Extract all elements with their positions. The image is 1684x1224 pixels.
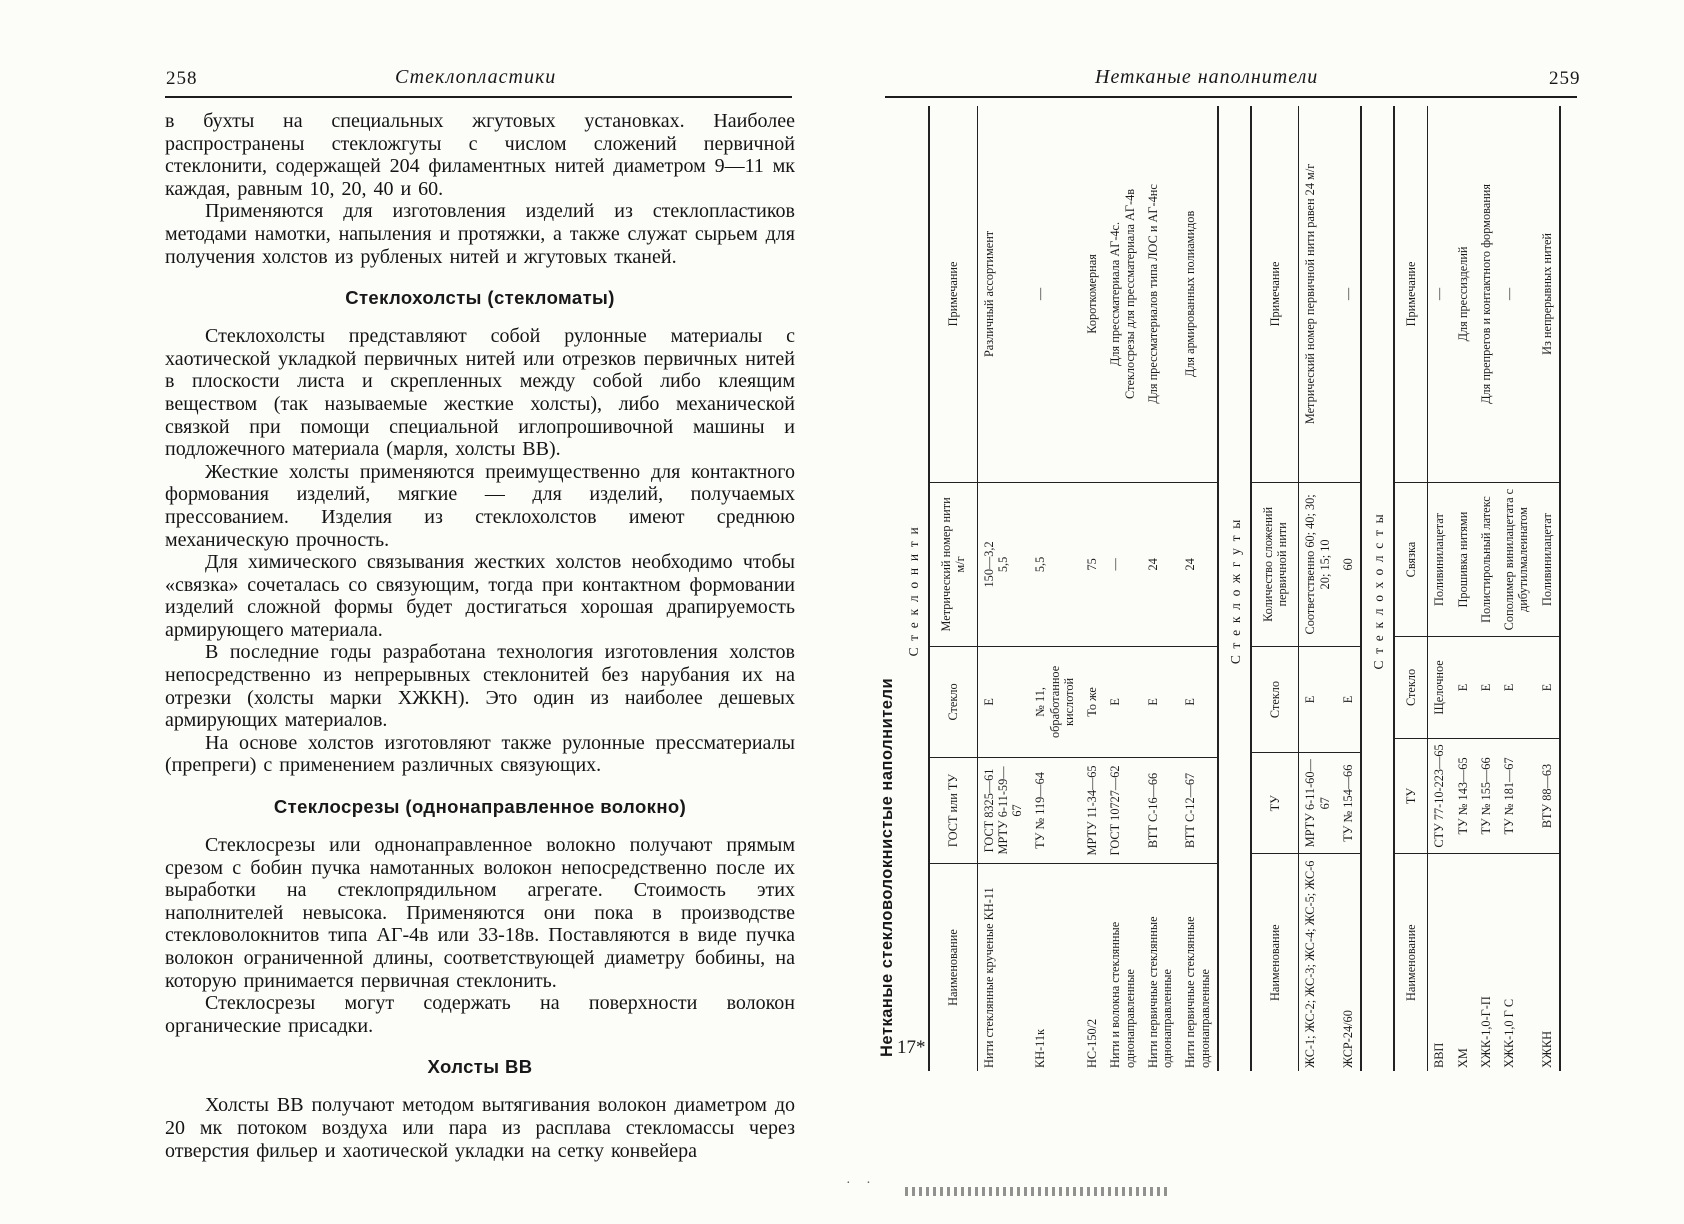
table-steklozhguty: Наименование ТУ Стекло Количество сложен…: [1250, 106, 1362, 1071]
table-row: ЖС-1; ЖС-2; ЖС-3; ЖС-4; ЖС-5; ЖС-6 МРТУ …: [1299, 106, 1337, 1071]
table-cell: ВВП: [1428, 854, 1452, 1071]
paragraph: В последние годы разработана технология …: [165, 641, 795, 731]
table-cell: ЖС-1; ЖС-2; ЖС-3; ЖС-4; ЖС-5; ЖС-6: [1299, 854, 1337, 1071]
table-cell: ТУ № 143—65: [1452, 738, 1475, 854]
table-cell: Для препрегов и контактного формования: [1475, 106, 1498, 482]
table-cell: СТУ 77-10-223—65: [1428, 738, 1452, 854]
table-cell: ХЖК-1,0-Г-П: [1475, 854, 1498, 1071]
table-row: ВВП СТУ 77-10-223—65 Щелочное Поливинила…: [1428, 106, 1452, 1071]
table-cell: —: [1337, 106, 1361, 482]
table-cell: Поливинилацетат: [1428, 482, 1452, 636]
right-running-title: Нетканые наполнители: [1095, 66, 1318, 89]
table-row: Нити первичные стеклянные однонаправленн…: [1179, 106, 1218, 1071]
table-cell: Нити первичные стеклянные однонаправленн…: [1142, 864, 1180, 1071]
table-cell: ЖСР-24/60: [1337, 854, 1361, 1071]
table-cell: Полистирольный латекс: [1475, 482, 1498, 636]
right-page-number: 259: [1549, 68, 1581, 90]
table-cell: Е: [1337, 646, 1361, 752]
column-header: Примечание: [1251, 106, 1299, 482]
table-cell: Для прессматериалов типа ЛОС и АГ-4нс: [1142, 106, 1180, 482]
paragraph: в бухты на специальных жгутовых установк…: [165, 110, 795, 200]
paragraph: Стеклохолсты представляют собой рулонные…: [165, 325, 795, 461]
table-cell: МРТУ 6-11-60—67: [1299, 753, 1337, 854]
paragraph: На основе холстов изготовляют также руло…: [165, 732, 795, 777]
column-header: ГОСТ или ТУ: [929, 757, 977, 863]
table-cell: Е: [1142, 646, 1180, 757]
table-cell: Соответственно 60; 40; 30; 20; 15; 10: [1299, 482, 1337, 646]
table-cell: Короткомерная: [1081, 106, 1104, 482]
rotated-table-content: Нетканые стекловолокнистые наполнители С…: [878, 106, 1578, 1071]
table-row: Нити стеклянные крученые КН-11 ГОСТ 8325…: [977, 106, 1029, 1071]
table-cell: —: [1498, 106, 1536, 482]
column-header: ТУ: [1394, 738, 1428, 854]
table-cell: КН-11к: [1029, 864, 1081, 1071]
table-row: ХЖКН ВТУ 88—63 Е Поливинилацетат Из непр…: [1536, 106, 1560, 1071]
table-cell: Е: [977, 646, 1029, 757]
left-running-title: Стеклопластики: [395, 66, 556, 89]
column-header: Стекло: [1394, 637, 1428, 738]
table-row: Нити и волокна стеклянные однонаправленн…: [1104, 106, 1142, 1071]
table-cell: ХМ: [1452, 854, 1475, 1071]
table-stekloholsty: Наименование ТУ Стекло Связка Примечание…: [1393, 106, 1561, 1071]
paragraph: Стеклосрезы или однонаправленное волокно…: [165, 834, 795, 992]
section-heading: Стеклосрезы (однонаправленное волокно): [165, 796, 795, 818]
table-cell: ТУ № 181—67: [1498, 738, 1536, 854]
table-section-name: Стеклохолсты: [1371, 106, 1387, 1071]
table-row: Нити первичные стеклянные однонаправленн…: [1142, 106, 1180, 1071]
table-steklonity: Наименование ГОСТ или ТУ Стекло Метричес…: [928, 106, 1219, 1071]
column-header: Примечание: [929, 106, 977, 482]
section-heading: Холсты ВВ: [165, 1056, 795, 1078]
table-cell: 24: [1142, 482, 1180, 646]
table-cell: Нити и волокна стеклянные однонаправленн…: [1104, 864, 1142, 1071]
rotated-table-region: Нетканые стекловолокнистые наполнители С…: [878, 106, 1578, 1071]
table-cell: Е: [1475, 637, 1498, 738]
column-header: Связка: [1394, 482, 1428, 636]
book-spread: 258 Стеклопластики Нетканые наполнители …: [0, 0, 1684, 1224]
table-cell: Е: [1536, 637, 1560, 738]
signature-mark: 17*: [897, 1037, 926, 1059]
table-title: Нетканые стекловолокнистые наполнители: [878, 106, 897, 1057]
table-cell: —: [1428, 106, 1452, 482]
table-row: ХЖК-1,0-Г-П ТУ № 155—66 Е Полистирольный…: [1475, 106, 1498, 1071]
table-cell: НС-150/2: [1081, 864, 1104, 1071]
table-cell: ВТУ 88—63: [1536, 738, 1560, 854]
table-cell: Метрический номер первичной нити равен 2…: [1299, 106, 1337, 482]
table-cell: ВТТ С-12—67: [1179, 757, 1218, 863]
table-cell: Из непрерывных нитей: [1536, 106, 1560, 482]
table-cell: Сополимер винилацетата с дибутилмалеинат…: [1498, 482, 1536, 636]
table-cell: Щелочное: [1428, 637, 1452, 738]
column-header: Примечание: [1394, 106, 1428, 482]
table-cell: ГОСТ 10727—62: [1104, 757, 1142, 863]
right-head-rule: [885, 96, 1577, 98]
table-section-name: Стеклонити: [906, 106, 922, 1071]
section-heading: Стеклохолсты (стекломаты): [165, 287, 795, 309]
table-cell: Поливинилацетат: [1536, 482, 1560, 636]
table-cell: № 11, обработанное кислотой: [1029, 646, 1081, 757]
table-row: ХЖК-1,0 Г С ТУ № 181—67 Е Сополимер вини…: [1498, 106, 1536, 1071]
scan-artifact-bar: [905, 1187, 1168, 1196]
header-row: Наименование ГОСТ или ТУ Стекло Метричес…: [929, 106, 977, 1071]
table-cell: ТУ № 154—66: [1337, 753, 1361, 854]
table-cell: ХЖКН: [1536, 854, 1560, 1071]
table-cell: Для армированных полиамидов: [1179, 106, 1218, 482]
table-cell: ВТТ С-16—66: [1142, 757, 1180, 863]
table-cell: Для прессизделий: [1452, 106, 1475, 482]
paragraph: Для химического связывания жестких холст…: [165, 551, 795, 641]
table-cell: Прошивка нитями: [1452, 482, 1475, 636]
table-cell: 5,5: [1029, 482, 1081, 646]
header-row: Наименование ТУ Стекло Количество сложен…: [1251, 106, 1299, 1071]
column-header: Метрический номер нити м/г: [929, 482, 977, 646]
paragraph: Холсты ВВ получают методом вытягивания в…: [165, 1094, 795, 1162]
column-header: ТУ: [1251, 753, 1299, 854]
table-row: ЖСР-24/60 ТУ № 154—66 Е 60 —: [1337, 106, 1361, 1071]
table-cell: Е: [1179, 646, 1218, 757]
table-row: НС-150/2 МРТУ 11-34—65 То же 75 Коротком…: [1081, 106, 1104, 1071]
left-head-rule: [165, 96, 792, 98]
table-cell: ТУ № 155—66: [1475, 738, 1498, 854]
table-cell: ХЖК-1,0 Г С: [1498, 854, 1536, 1071]
paragraph: Стеклосрезы могут содержать на поверхнос…: [165, 992, 795, 1037]
left-page-text-column: в бухты на специальных жгутовых установк…: [165, 110, 795, 1162]
table-cell: —: [1104, 482, 1142, 646]
table-row: ХМ ТУ № 143—65 Е Прошивка нитями Для пре…: [1452, 106, 1475, 1071]
header-row: Наименование ТУ Стекло Связка Примечание: [1394, 106, 1428, 1071]
table-cell: 150—3,2 5,5: [977, 482, 1029, 646]
table-cell: МРТУ 11-34—65: [1081, 757, 1104, 863]
column-header: Наименование: [1394, 854, 1428, 1071]
table-cell: 24: [1179, 482, 1218, 646]
table-cell: Е: [1452, 637, 1475, 738]
column-header: Наименование: [1251, 854, 1299, 1071]
column-header: Стекло: [929, 646, 977, 757]
table-cell: 60: [1337, 482, 1361, 646]
table-cell: —: [1029, 106, 1081, 482]
column-header: Стекло: [1251, 646, 1299, 752]
table-cell: Е: [1299, 646, 1337, 752]
table-row: КН-11к ТУ № 119—64 № 11, обработанное ки…: [1029, 106, 1081, 1071]
table-cell: ГОСТ 8325—61 МРТУ 6-11-59—67: [977, 757, 1029, 863]
table-cell: Е: [1104, 646, 1142, 757]
column-header: Наименование: [929, 864, 977, 1071]
table-cell: Для прессматериала АГ-4с. Стеклосрезы дл…: [1104, 106, 1142, 482]
left-page-number: 258: [166, 68, 198, 90]
column-header: Количество сложений первичной нити: [1251, 482, 1299, 646]
paragraph: Жесткие холсты применяются преимуществен…: [165, 461, 795, 551]
table-cell: ТУ № 119—64: [1029, 757, 1081, 863]
table-cell: Е: [1498, 637, 1536, 738]
table-section-name: Стекложгуты: [1228, 106, 1244, 1071]
table-cell: Различный ассортимент: [977, 106, 1029, 482]
table-cell: Нити первичные стеклянные однонаправленн…: [1179, 864, 1218, 1071]
table-cell: То же: [1081, 646, 1104, 757]
table-cell: Нити стеклянные крученые КН-11: [977, 864, 1029, 1071]
table-cell: 75: [1081, 482, 1104, 646]
paragraph: Применяются для изготовления изделий из …: [165, 200, 795, 268]
scan-artifact-dots: · ·: [846, 1176, 877, 1192]
